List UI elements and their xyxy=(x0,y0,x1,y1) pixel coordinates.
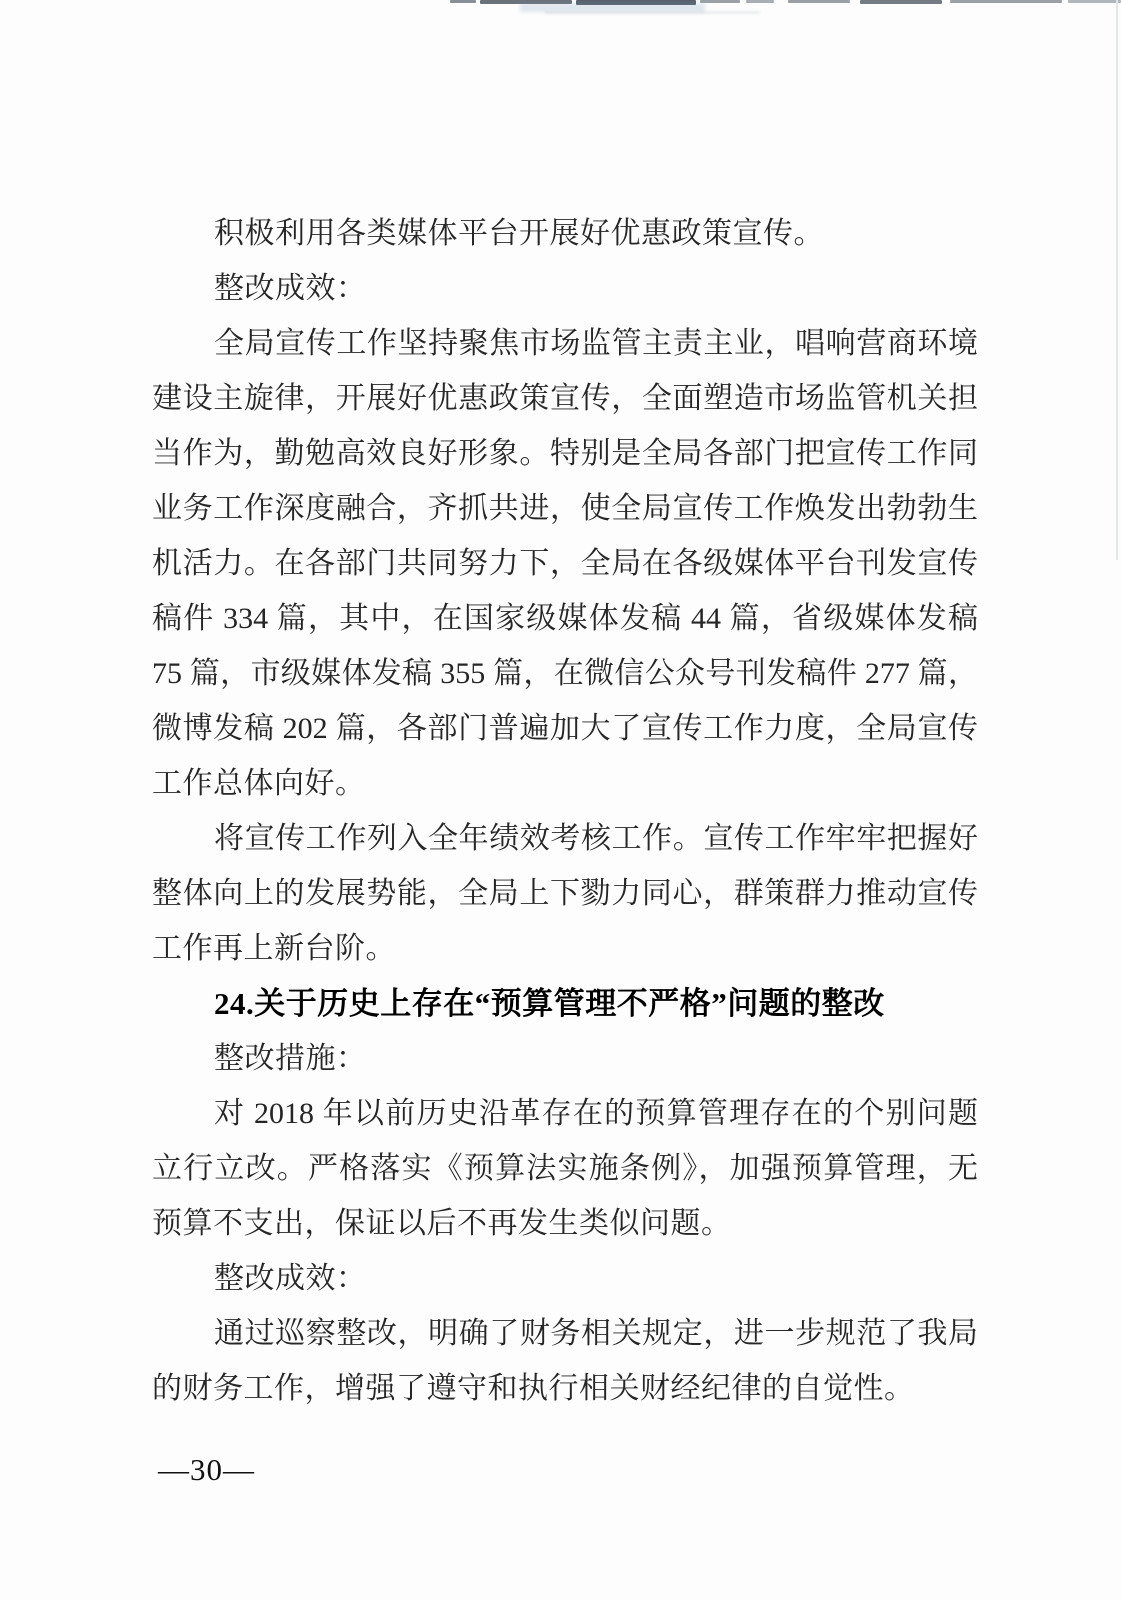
text-line: 整改措施： xyxy=(152,1031,978,1086)
text-line: 预算不支出，保证以后不再发生类似问题。 xyxy=(152,1196,978,1251)
text-line: 立行立改。严格落实《预算法实施条例》，加强预算管理，无 xyxy=(152,1141,978,1196)
scanned-document-page: 积极利用各类媒体平台开展好优惠政策宣传。 整改成效： 全局宣传工作坚持聚焦市场监… xyxy=(0,0,1121,1600)
text-line: 全局宣传工作坚持聚焦市场监管主责主业，唱响营商环境 xyxy=(152,316,978,371)
scan-smudge xyxy=(545,11,760,14)
scan-artifact-segment xyxy=(746,0,774,3)
text-line: 业务工作深度融合，齐抓共进，使全局宣传工作焕发出勃勃生 xyxy=(152,481,978,536)
text-line: 对 2018 年以前历史沿革存在的预算管理存在的个别问题 xyxy=(152,1086,978,1141)
text-line: 稿件 334 篇，其中，在国家级媒体发稿 44 篇，省级媒体发稿 xyxy=(152,591,978,646)
scan-artifact-segment xyxy=(700,0,740,3)
scan-artifact-segment xyxy=(788,0,850,3)
scan-artifact-segment xyxy=(1068,0,1121,3)
text-line: 工作再上新台阶。 xyxy=(152,921,978,976)
text-line: 整改成效： xyxy=(152,261,978,316)
text-line: 工作总体向好。 xyxy=(152,756,978,811)
text-line: 机活力。在各部门共同努力下，全局在各级媒体平台刊发宣传 xyxy=(152,536,978,591)
scan-artifact-segment xyxy=(450,0,476,3)
text-line: 微博发稿 202 篇，各部门普遍加大了宣传工作力度，全局宣传 xyxy=(152,701,978,756)
document-body: 积极利用各类媒体平台开展好优惠政策宣传。 整改成效： 全局宣传工作坚持聚焦市场监… xyxy=(152,206,978,1416)
text-line: 当作为，勤勉高效良好形象。特别是全局各部门把宣传工作同 xyxy=(152,426,978,481)
text-line: 的财务工作，增强了遵守和执行相关财经纪律的自觉性。 xyxy=(152,1361,978,1416)
scan-artifact-segment xyxy=(950,0,1062,3)
scan-edge-artifact xyxy=(0,0,1121,20)
section-heading-24: 24.关于历史上存在“预算管理不严格”问题的整改 xyxy=(152,976,978,1031)
scan-page-edge-line xyxy=(1116,0,1118,560)
page-number: —30— xyxy=(158,1448,255,1492)
text-line: 75 篇，市级媒体发稿 355 篇，在微信公众号刊发稿件 277 篇， xyxy=(152,646,978,701)
text-line: 整改成效： xyxy=(152,1251,978,1306)
text-line: 将宣传工作列入全年绩效考核工作。宣传工作牢牢把握好 xyxy=(152,811,978,866)
text-line: 积极利用各类媒体平台开展好优惠政策宣传。 xyxy=(152,206,978,261)
text-line: 建设主旋律，开展好优惠政策宣传，全面塑造市场监管机关担 xyxy=(152,371,978,426)
scan-artifact-segment xyxy=(860,0,942,4)
text-line: 通过巡察整改，明确了财务相关规定，进一步规范了我局 xyxy=(152,1306,978,1361)
text-line: 整体向上的发展势能，全局上下勠力同心，群策群力推动宣传 xyxy=(152,866,978,921)
